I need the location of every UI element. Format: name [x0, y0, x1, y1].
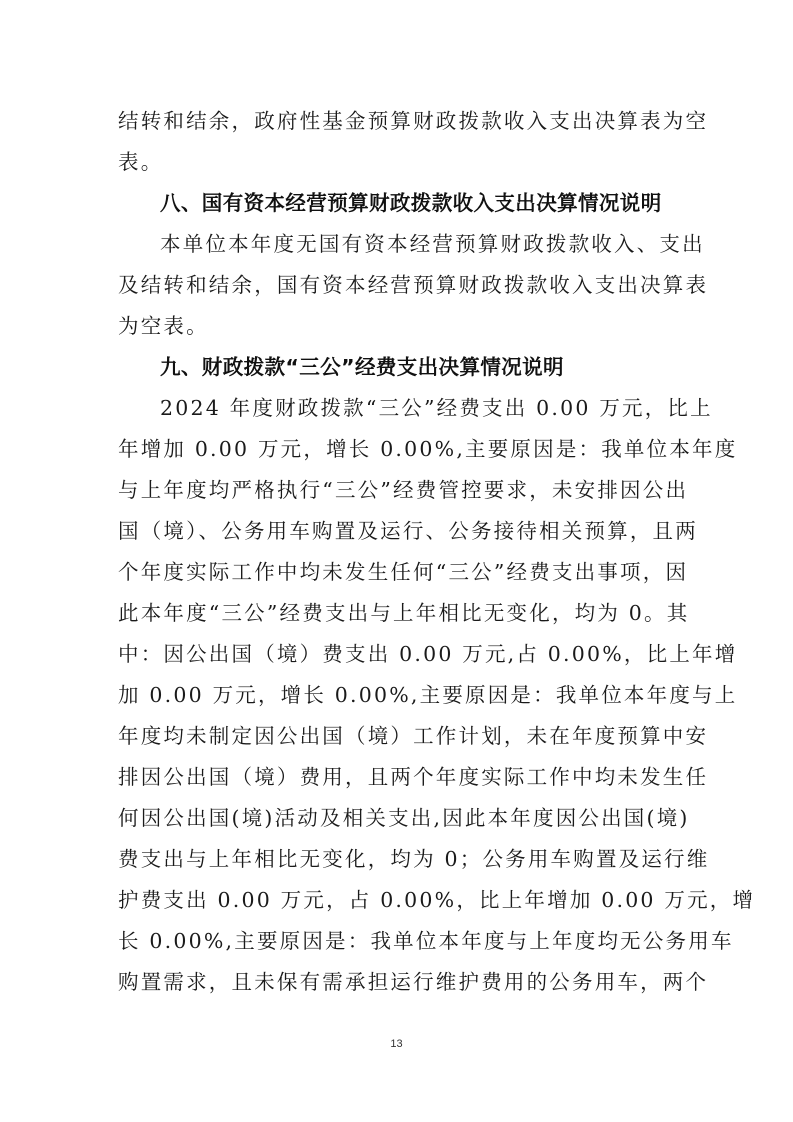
body-line-15: 加 0.00 万元，增长 0.00%,主要原因是：我单位本年度与上 — [118, 683, 678, 707]
body-line-9: 年增加 0.00 万元，增长 0.00%,主要原因是：我单位本年度 — [118, 437, 678, 461]
body-line-20: 护费支出 0.00 万元，占 0.00%，比上年增加 0.00 万元，增 — [118, 888, 678, 912]
body-line-11: 国（境）、公务用车购置及运行、公务接待相关预算，且两 — [118, 519, 678, 543]
body-line-16: 年度均未制定因公出国（境）工作计划，未在年度预算中安 — [118, 724, 678, 748]
paragraph-start-line: 2024 年度财政拨款“三公”经费支出 0.00 万元，比上 — [160, 396, 720, 420]
body-line-14: 中：因公出国（境）费支出 0.00 万元,占 0.00%，比上年增 — [118, 642, 678, 666]
body-line-17: 排因公出国（境）费用，且两个年度实际工作中均未发生任 — [118, 765, 678, 789]
body-line-1: 结转和结余，政府性基金预算财政拨款收入支出决算表为空 — [118, 109, 678, 133]
body-line-2: 表。 — [118, 150, 678, 174]
body-line-21: 长 0.00%,主要原因是：我单位本年度与上年度均无公务用车 — [118, 929, 678, 953]
body-line-22: 购置需求，且未保有需承担运行维护费用的公务用车，两个 — [118, 970, 678, 994]
section-heading-9: 九、财政拨款“三公”经费支出决算情况说明 — [160, 355, 720, 379]
body-line-19: 费支出与上年相比无变化，均为 0；公务用车购置及运行维 — [118, 847, 678, 871]
body-line-12: 个年度实际工作中均未发生任何“三公”经费支出事项，因 — [118, 560, 678, 584]
body-line-13: 此本年度“三公”经费支出与上年相比无变化，均为 0。其 — [118, 601, 678, 625]
paragraph-start-line: 本单位本年度无国有资本经营预算财政拨款收入、支出 — [160, 232, 720, 256]
body-line-10: 与上年度均严格执行“三公”经费管控要求，未安排因公出 — [118, 478, 678, 502]
body-line-5: 及结转和结余，国有资本经营预算财政拨款收入支出决算表 — [118, 273, 678, 297]
body-line-6: 为空表。 — [118, 314, 678, 338]
section-heading-8: 八、国有资本经营预算财政拨款收入支出决算情况说明 — [160, 191, 720, 215]
page-number: 13 — [0, 1038, 793, 1050]
document-page: 结转和结余，政府性基金预算财政拨款收入支出决算表为空 表。 八、国有资本经营预算… — [0, 0, 793, 1122]
body-line-18: 何因公出国(境)活动及相关支出,因此本年度因公出国(境) — [118, 806, 678, 830]
